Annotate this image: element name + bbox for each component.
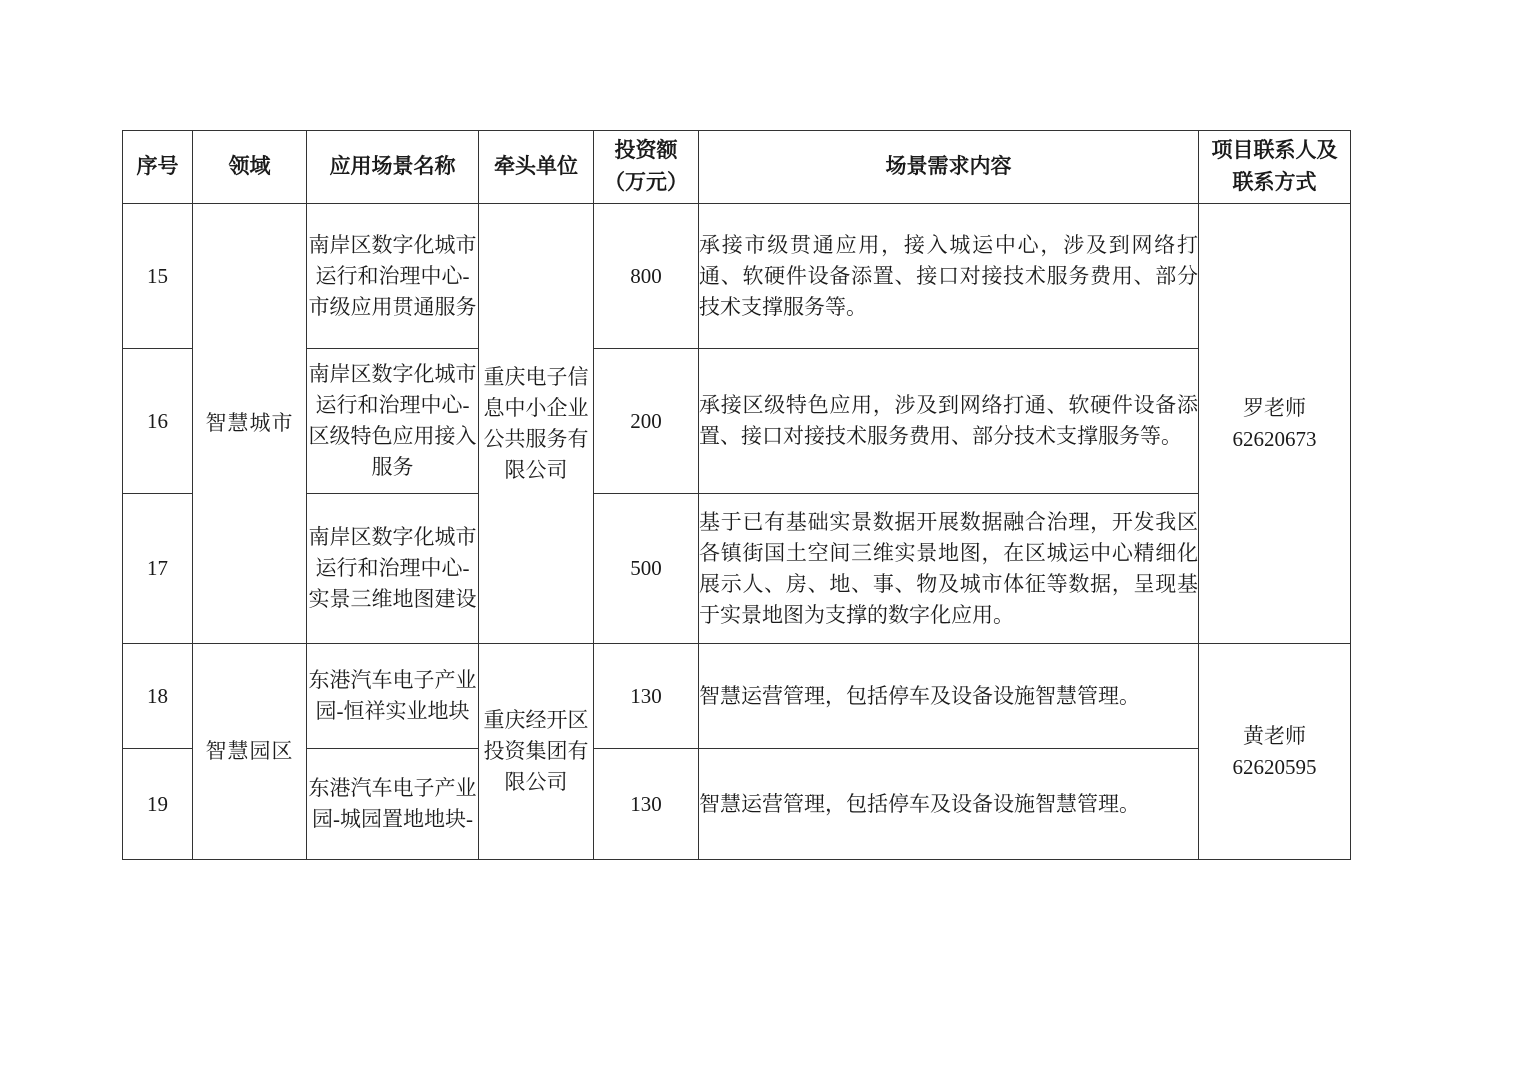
header-requirements: 场景需求内容 [699,131,1199,204]
row-19-scenario: 东港汽车电子产业园-城园置地地块- [307,749,479,860]
row-18-investment: 130 [594,644,699,749]
header-scenario: 应用场景名称 [307,131,479,204]
row-16-scenario: 南岸区数字化城市运行和治理中心-区级特色应用接入服务 [307,349,479,494]
group-smart-park-lead-unit: 重庆经开区投资集团有限公司 [479,644,594,860]
row-17-index: 17 [123,494,193,644]
row-18-scenario: 东港汽车电子产业园-恒祥实业地块 [307,644,479,749]
row-17-investment: 500 [594,494,699,644]
row-18-requirement: 智慧运营管理，包括停车及设备设施智慧管理。 [699,644,1199,749]
group-smart-park-contact: 黄老师 62620595 [1199,644,1351,860]
row-16-requirement: 承接区级特色应用，涉及到网络打通、软硬件设备添置、接口对接技术服务费用、部分技术… [699,349,1199,494]
row-15-requirement: 承接市级贯通应用，接入城运中心，涉及到网络打通、软硬件设备添置、接口对接技术服务… [699,204,1199,349]
header-lead-unit: 牵头单位 [479,131,594,204]
header-row: 序号 领域 应用场景名称 牵头单位 投资额 （万元） 场景需求内容 项目联系人及… [123,131,1351,204]
row-15-index: 15 [123,204,193,349]
row-15-scenario: 南岸区数字化城市运行和治理中心-市级应用贯通服务 [307,204,479,349]
row-19-investment: 130 [594,749,699,860]
row-17-scenario: 南岸区数字化城市运行和治理中心-实景三维地图建设 [307,494,479,644]
row-18-index: 18 [123,644,193,749]
header-contact: 项目联系人及 联系方式 [1199,131,1351,204]
row-16-index: 16 [123,349,193,494]
row-19-index: 19 [123,749,193,860]
group-smart-city-domain: 智慧城市 [193,204,307,644]
table-row-17: 17 南岸区数字化城市运行和治理中心-实景三维地图建设 500 基于已有基础实景… [123,494,1351,644]
row-16-investment: 200 [594,349,699,494]
row-17-requirement: 基于已有基础实景数据开展数据融合治理，开发我区各镇街国土空间三维实景地图，在区城… [699,494,1199,644]
table-row-15: 15 智慧城市 南岸区数字化城市运行和治理中心-市级应用贯通服务 重庆电子信息中… [123,204,1351,349]
row-19-requirement: 智慧运营管理，包括停车及设备设施智慧管理。 [699,749,1199,860]
group-smart-city-contact: 罗老师 62620673 [1199,204,1351,644]
group-smart-city-lead-unit: 重庆电子信息中小企业公共服务有限公司 [479,204,594,644]
header-index: 序号 [123,131,193,204]
group-smart-park-domain: 智慧园区 [193,644,307,860]
scenario-table: 序号 领域 应用场景名称 牵头单位 投资额 （万元） 场景需求内容 项目联系人及… [122,130,1351,860]
table-row-19: 19 东港汽车电子产业园-城园置地地块- 130 智慧运营管理，包括停车及设备设… [123,749,1351,860]
header-investment: 投资额 （万元） [594,131,699,204]
row-15-investment: 800 [594,204,699,349]
header-domain: 领域 [193,131,307,204]
table-row-18: 18 智慧园区 东港汽车电子产业园-恒祥实业地块 重庆经开区投资集团有限公司 1… [123,644,1351,749]
table-row-16: 16 南岸区数字化城市运行和治理中心-区级特色应用接入服务 200 承接区级特色… [123,349,1351,494]
document-page: 序号 领域 应用场景名称 牵头单位 投资额 （万元） 场景需求内容 项目联系人及… [0,0,1520,1074]
